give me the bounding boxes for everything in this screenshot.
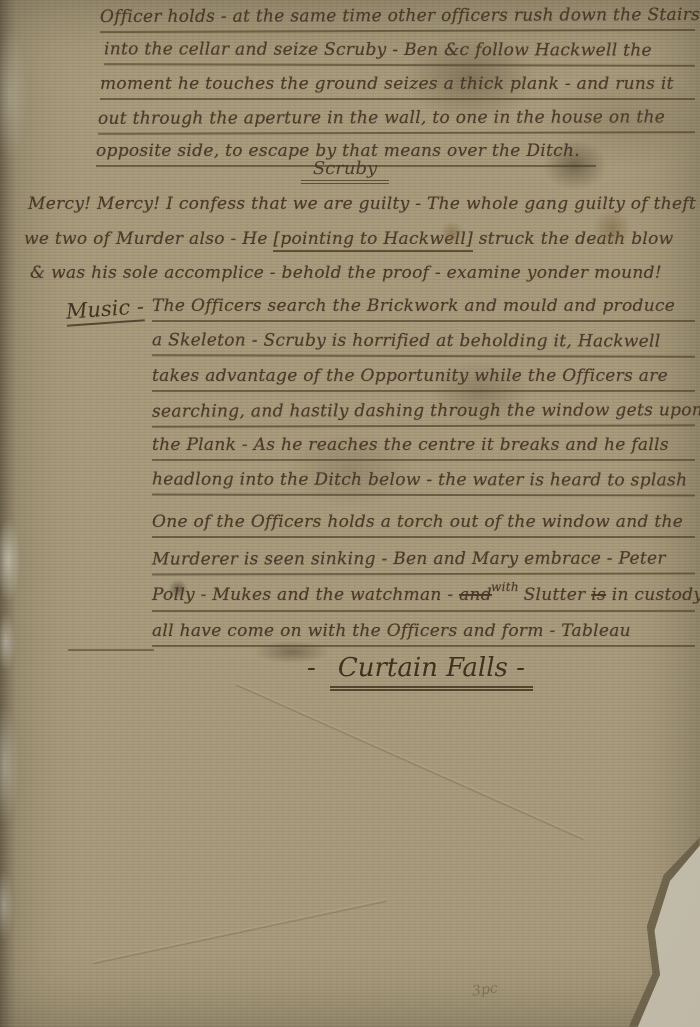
stage-direction-line: Polly - Mukes and the watchman - andwith… (152, 584, 695, 612)
character-heading: Scruby (301, 158, 389, 184)
struck-word: is (591, 585, 606, 605)
stage-direction-line: Murderer is seen sinking - Ben and Mary … (152, 548, 695, 576)
script-line: moment he touches the ground seizes a th… (100, 73, 695, 100)
stage-direction-line: headlong into the Ditch below - the wate… (152, 469, 695, 497)
speech-text: we two of Murder also - He (24, 229, 273, 249)
stage-direction-line: a Skeleton - Scruby is horrified at beho… (152, 329, 695, 357)
script-line: out through the aperture in the wall, to… (98, 106, 695, 135)
paper-crease (93, 899, 387, 964)
manuscript-page: Officer holds - at the same time other o… (0, 0, 700, 1027)
curtain-falls-wrap: -Curtain Falls - (265, 653, 575, 691)
stage-direction-line: The Officers search the Brickwork and mo… (152, 295, 695, 322)
ruled-line-extension (68, 649, 154, 651)
script-line: into the cellar and seize Scruby - Ben &… (104, 38, 695, 67)
curtain-falls-dash: - (307, 653, 316, 683)
stage-direction-line: One of the Officers holds a torch out of… (152, 511, 695, 538)
curtain-falls: Curtain Falls - (330, 653, 533, 691)
inserted-word: with (491, 576, 519, 598)
speech-line: & was his sole accomplice - behold the p… (30, 262, 662, 284)
script-line: Officer holds - at the same time other o… (100, 4, 695, 33)
character-heading-wrap: Scruby (250, 158, 440, 184)
speech-line: Mercy! Mercy! I confess that we are guil… (28, 193, 696, 215)
stage-direction-line: takes advantage of the Opportunity while… (152, 365, 695, 392)
stage-direction-text: Slutter (518, 585, 591, 605)
stage-direction-text: Polly - Mukes and the watchman - (152, 585, 459, 605)
speech-text: struck the death blow (473, 229, 673, 249)
paper-crease (236, 683, 584, 840)
stage-direction-text: in custody (606, 585, 700, 605)
inline-stage-direction: [pointing to Hackwell] (273, 229, 473, 252)
struck-word: and (459, 585, 492, 605)
stage-direction-line: the Plank - As he reaches the centre it … (152, 434, 695, 461)
stage-direction-line: searching, and hastily dashing through t… (152, 399, 695, 427)
stage-direction-line: all have come on with the Officers and f… (152, 620, 695, 647)
speech-line: we two of Murder also - He [pointing to … (24, 228, 674, 250)
music-cue: Music - (65, 294, 145, 326)
faint-scribble: 3pc (471, 980, 499, 999)
